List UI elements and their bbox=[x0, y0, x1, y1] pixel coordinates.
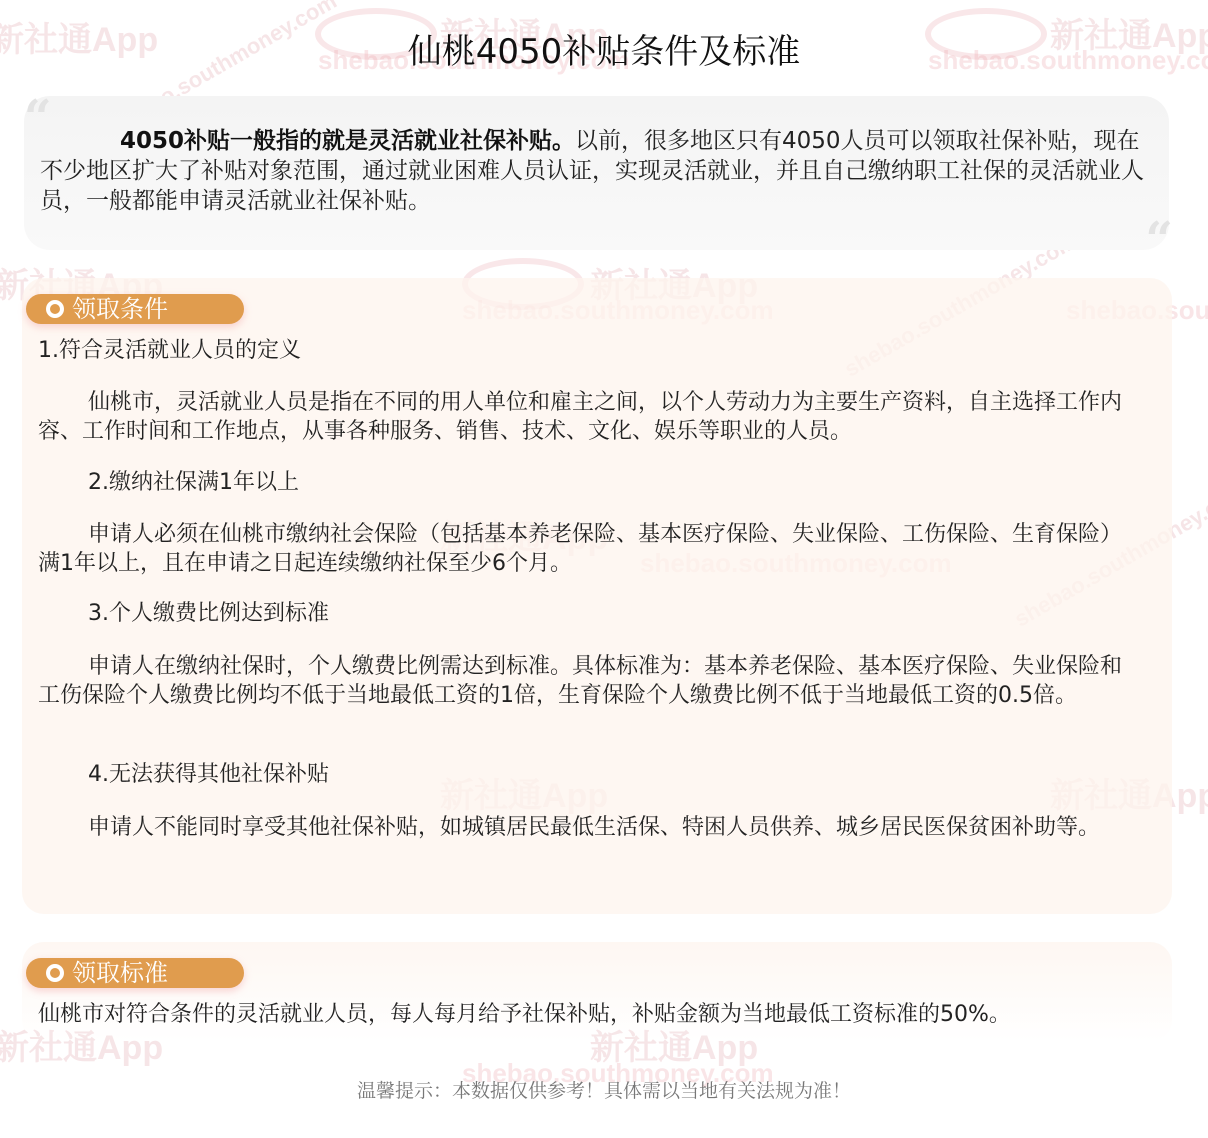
standard-section: 领取标准 仙桃市对符合条件的灵活就业人员，每人每月给予社保补贴，补贴金额为当地最… bbox=[22, 942, 1172, 1042]
standard-label-text: 领取标准 bbox=[72, 959, 168, 987]
conditions-label: 领取条件 bbox=[26, 294, 244, 324]
condition-heading-4: 4.无法获得其他社保补贴 bbox=[38, 760, 1128, 789]
condition-heading-3: 3.个人缴费比例达到标准 bbox=[38, 599, 1128, 628]
conditions-label-text: 领取条件 bbox=[72, 295, 168, 323]
condition-heading-1: 1.符合灵活就业人员的定义 bbox=[38, 336, 1128, 365]
circle-bullet-icon bbox=[46, 300, 64, 318]
circle-bullet-icon bbox=[46, 964, 64, 982]
conditions-section: 领取条件 1.符合灵活就业人员的定义 仙桃市，灵活就业人员是指在不同的用人单位和… bbox=[22, 278, 1172, 914]
page-title: 仙桃4050补贴条件及标准 bbox=[0, 24, 1208, 73]
intro-card: “ “ 4050补贴一般指的就是灵活就业社保补贴。以前，很多地区只有4050人员… bbox=[24, 96, 1169, 250]
condition-body-4: 申请人不能同时享受其他社保补贴，如城镇居民最低生活保、特困人员供养、城乡居民医保… bbox=[38, 813, 1128, 842]
condition-heading-2: 2.缴纳社保满1年以上 bbox=[38, 468, 1128, 497]
intro-paragraph: 4050补贴一般指的就是灵活就业社保补贴。以前，很多地区只有4050人员可以领取… bbox=[40, 126, 1150, 216]
condition-body-1: 仙桃市，灵活就业人员是指在不同的用人单位和雇主之间，以个人劳动力为主要生产资料，… bbox=[38, 388, 1128, 446]
close-quote-icon: “ bbox=[1145, 216, 1173, 264]
standard-label: 领取标准 bbox=[26, 958, 244, 988]
condition-body-3: 申请人在缴纳社保时，个人缴费比例需达到标准。具体标准为：基本养老保险、基本医疗保… bbox=[38, 652, 1128, 710]
standard-text: 仙桃市对符合条件的灵活就业人员，每人每月给予社保补贴，补贴金额为当地最低工资标准… bbox=[38, 1000, 1128, 1029]
condition-body-2: 申请人必须在仙桃市缴纳社会保险（包括基本养老保险、基本医疗保险、失业保险、工伤保… bbox=[38, 520, 1128, 578]
intro-bold: 4050补贴一般指的就是灵活就业社保补贴。 bbox=[120, 128, 575, 154]
footer-note: 温馨提示：本数据仅供参考！具体需以当地有关法规为准！ bbox=[0, 1076, 1208, 1103]
